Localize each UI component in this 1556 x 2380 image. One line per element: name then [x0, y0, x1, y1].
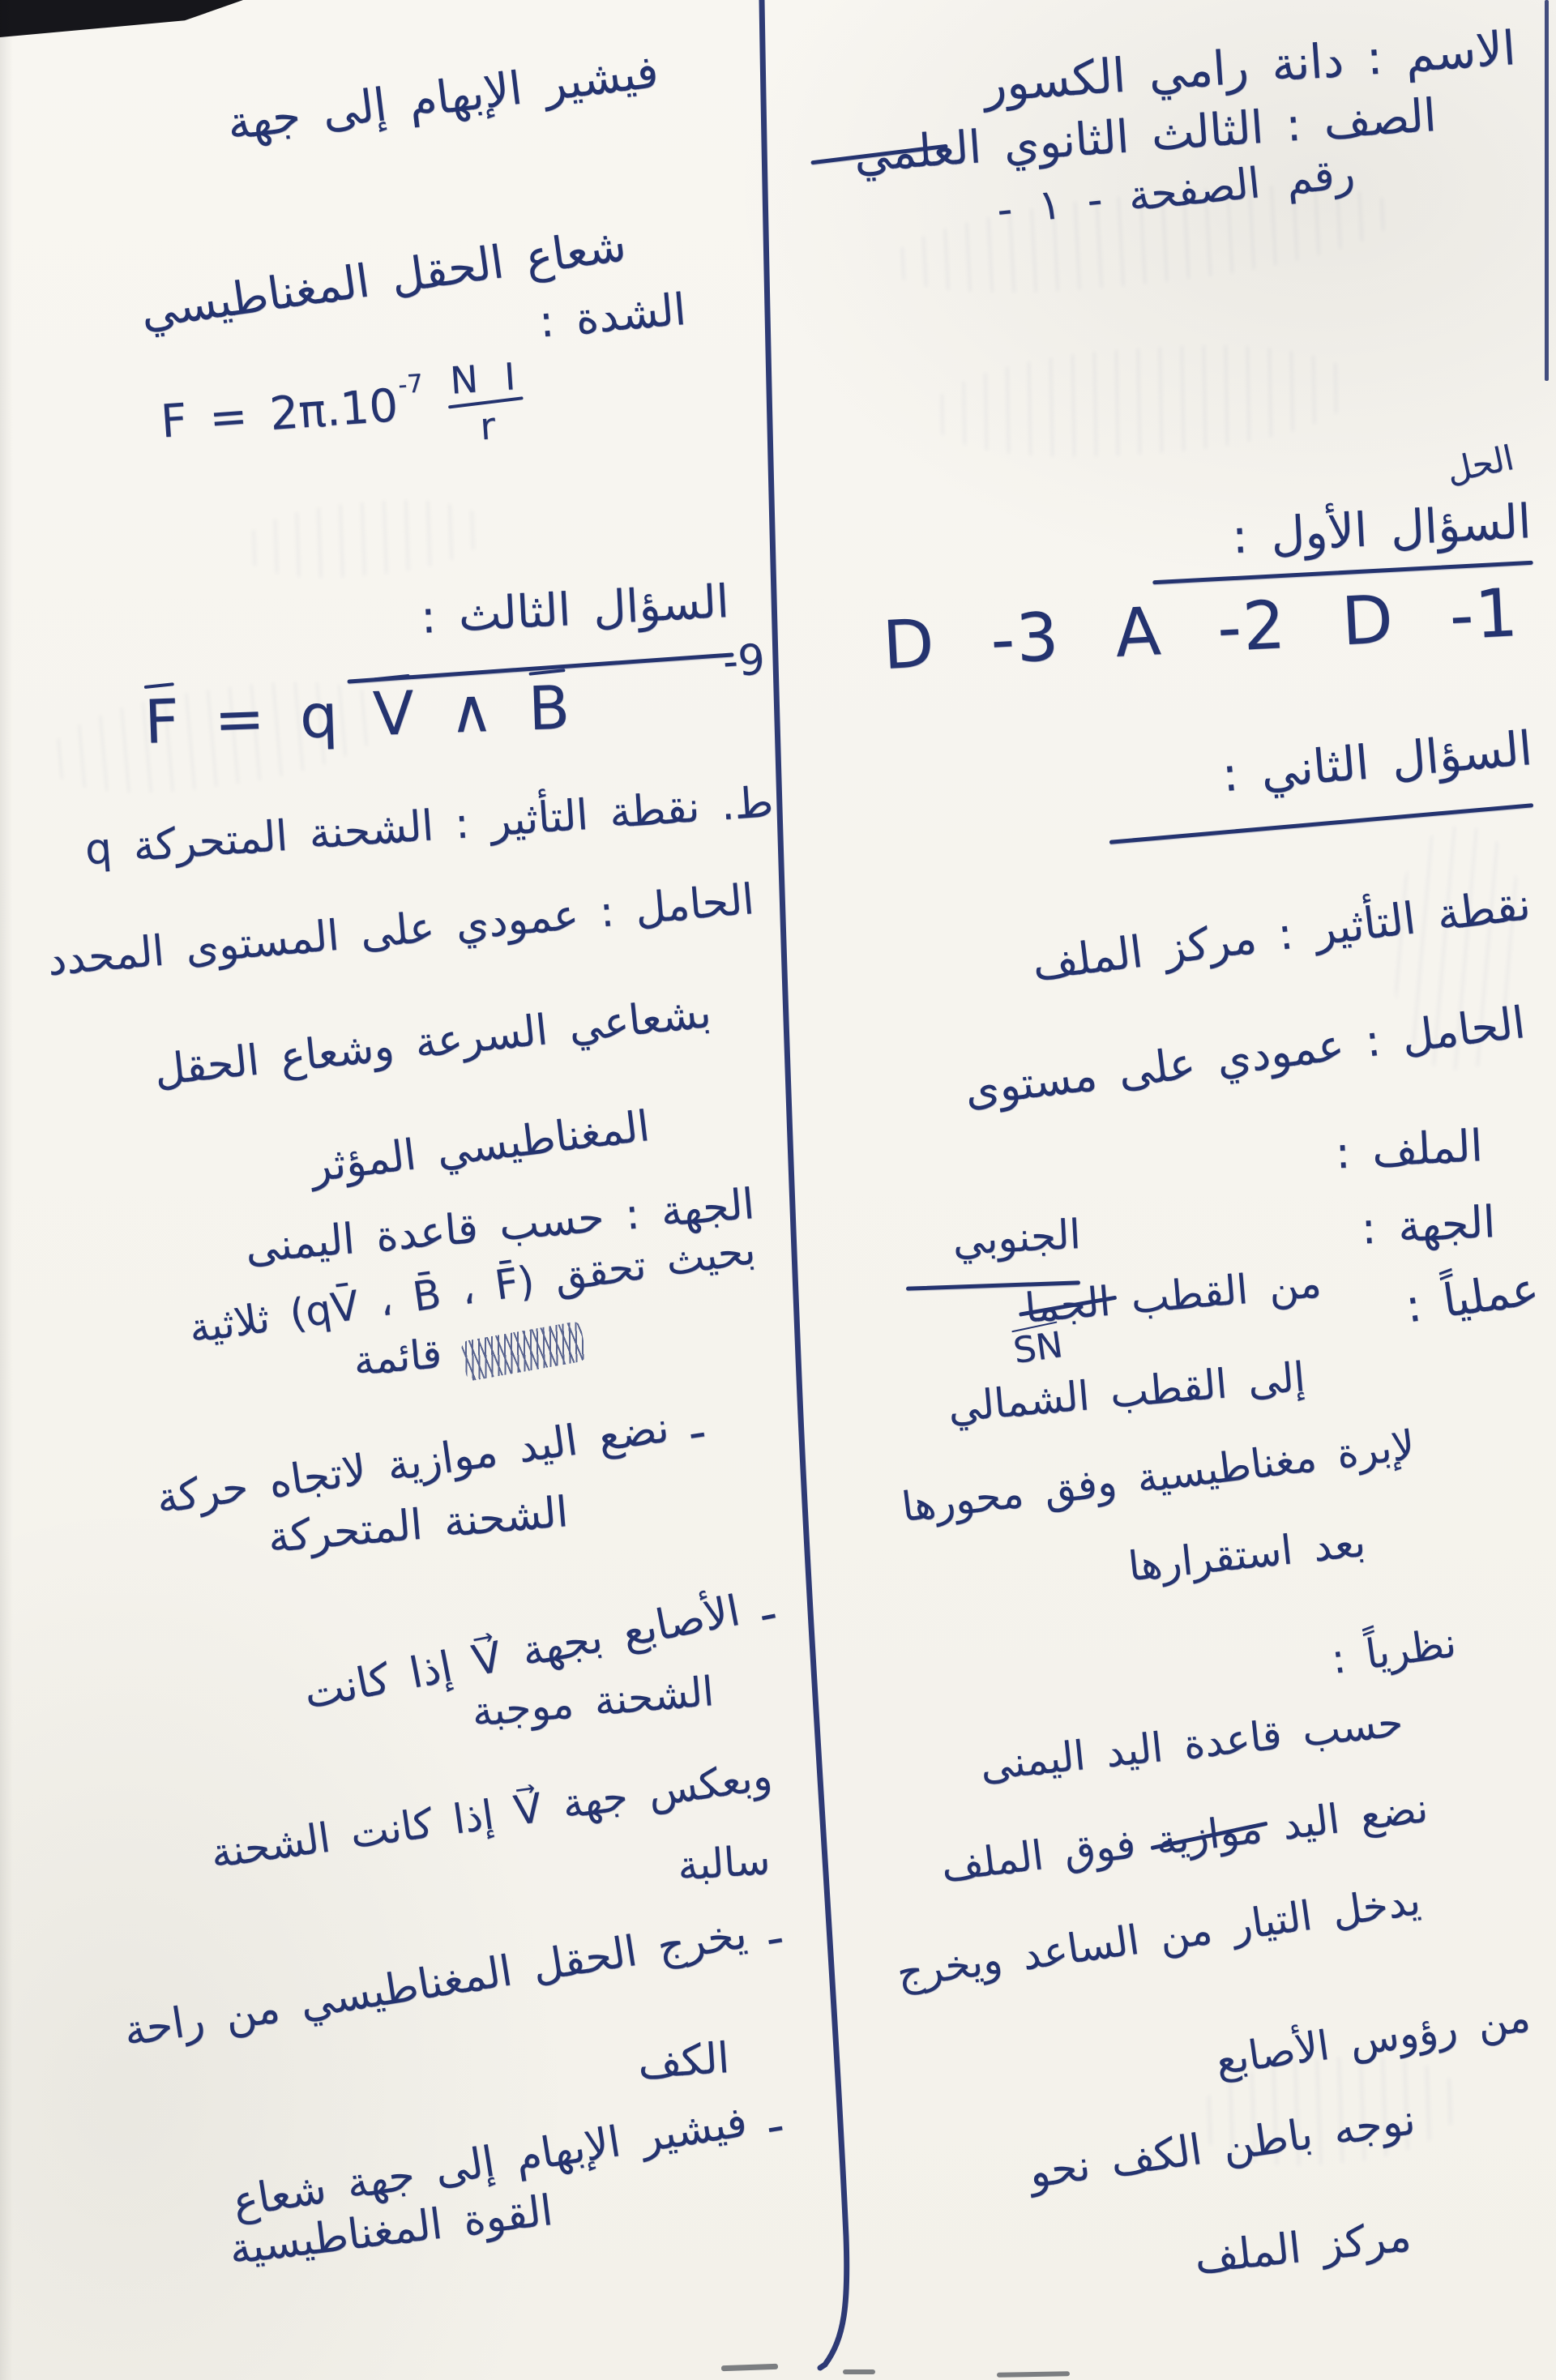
- sn-overline-text: SN: [1011, 1326, 1066, 1371]
- coil-field-formula: F = 2π.10-7 N I r: [158, 356, 528, 469]
- q3-carrier-line-1: الحامل : عمودي على المستوى المحدد: [45, 877, 756, 985]
- fraction-denominator: r: [479, 405, 497, 447]
- q2-pole-line-2: إلى القطب الشمالي: [947, 1355, 1307, 1430]
- q3-item-mark: -9: [721, 637, 767, 686]
- q2-current-line: يدخل التيار من الساعد ويخرج: [894, 1878, 1423, 1996]
- q3-point-of-effect: ط. نقطة التأثير : الشحنة المتحركة q: [83, 780, 775, 874]
- formula-coefficient: 2π.10: [268, 379, 400, 441]
- q2-theoretical-label: نظرياً :: [1328, 1621, 1459, 1682]
- q3-carrier-line-2: بشعاعي السرعة وشعاع الحقل: [152, 990, 713, 1095]
- question1-answers: D -3 A -2 D -1: [881, 577, 1521, 683]
- q2-sn-annotation: SN: [1011, 1326, 1066, 1371]
- q2-fingertips-line: من رؤوس الأصابع: [1213, 1995, 1533, 2083]
- q2-needle-line: لإبرة مغناطيسية وفق محورها: [900, 1423, 1417, 1530]
- formula-lhs: F: [159, 394, 189, 448]
- question2-heading: السؤال الثاني :: [1220, 723, 1535, 801]
- student-name-line: الاسم : دانة رامي الكسور: [982, 23, 1518, 112]
- q2-direction-answer: الجنوبي: [951, 1212, 1082, 1263]
- q2-point-of-effect: نقطة التأثير : مركز الملف: [1029, 880, 1532, 989]
- scribbled-out-word: [460, 1321, 587, 1382]
- q3-triad-word: قائمة: [352, 1330, 443, 1384]
- page-edge-line: [1545, 0, 1549, 381]
- fraction-numerator: N I: [449, 356, 520, 401]
- q2-settle-line: بعد استقرارها: [1126, 1520, 1368, 1589]
- q2-intensity-label: الشدة :: [537, 285, 688, 346]
- q2-hand-post: فوق الملف: [938, 1820, 1138, 1891]
- lorentz-force-formula: F = q V ∧ B: [139, 675, 575, 756]
- vector-V: V: [372, 681, 415, 748]
- q2-carrier-line: الحامل : عمودي على مستوى: [962, 998, 1528, 1115]
- scan-corner-artifact: [0, 0, 243, 37]
- charge-q: q: [298, 681, 339, 752]
- question1-heading: السؤال الأول :: [1231, 496, 1532, 563]
- q2-direction-label: الجهة :: [1361, 1198, 1497, 1253]
- formula-equals: =: [213, 684, 266, 755]
- q2-hand-struck-word: موازية: [1153, 1806, 1264, 1864]
- solution-label: الحل: [1443, 439, 1516, 490]
- bleed-through-smudge: [241, 492, 489, 586]
- q3-negative-line: سالبة: [676, 1838, 772, 1889]
- bottom-edge-mark: [843, 2369, 875, 2374]
- bleed-through-smudge: [929, 334, 1357, 468]
- left-edge-shadow: [0, 0, 13, 2380]
- q2-right-hand-rule: حسب قاعدة اليد اليمنى: [978, 1700, 1405, 1788]
- q3-triad-line-2: قائمة: [352, 1319, 586, 1387]
- q3-palm-line: الكف: [636, 2036, 731, 2088]
- underline-stroke: [1109, 803, 1533, 844]
- scanned-answer-sheet: الاسم : دانة رامي الكسور الصف : الثالث ا…: [0, 0, 1556, 2380]
- formula-fraction: N I r: [449, 356, 524, 449]
- question3-heading: السؤال الثالث :: [420, 577, 731, 643]
- bottom-edge-mark: [721, 2364, 778, 2371]
- q2-palm-line: نوجه باطن الكف نحو: [1027, 2097, 1418, 2197]
- q3-carrier-line-3: المغناطيسي المؤثر: [308, 1104, 652, 1191]
- q2-hand-pre: نضع اليد: [1280, 1784, 1430, 1849]
- q2-thumb-line-1: فيشير الإبهام إلى جهة: [224, 47, 661, 149]
- q2-coil-center-line: مركز الملف: [1193, 2214, 1413, 2283]
- q2-hand-line: نضع اليد موازية فوق الملف: [938, 1786, 1430, 1890]
- q2-pole-struck-word: الجما: [1024, 1280, 1113, 1331]
- vector-F: F: [143, 689, 180, 756]
- q2-pole-line: من القطب الجما: [1024, 1261, 1323, 1331]
- q2-carrier-line-2: الملف :: [1334, 1122, 1484, 1177]
- formula-exponent: -7: [397, 370, 424, 400]
- bottom-edge-mark: [997, 2371, 1070, 2378]
- vector-B: B: [528, 676, 571, 743]
- q2-pole-text: من القطب: [1129, 1259, 1323, 1322]
- q3-field-exit-line: ـ يخرج الحقل المغناطيسي من راحة: [122, 1906, 784, 2056]
- cross-product-symbol: ∧: [448, 676, 494, 747]
- q2-practical-label: عملياً :: [1403, 1264, 1542, 1332]
- formula-equals: =: [207, 390, 249, 445]
